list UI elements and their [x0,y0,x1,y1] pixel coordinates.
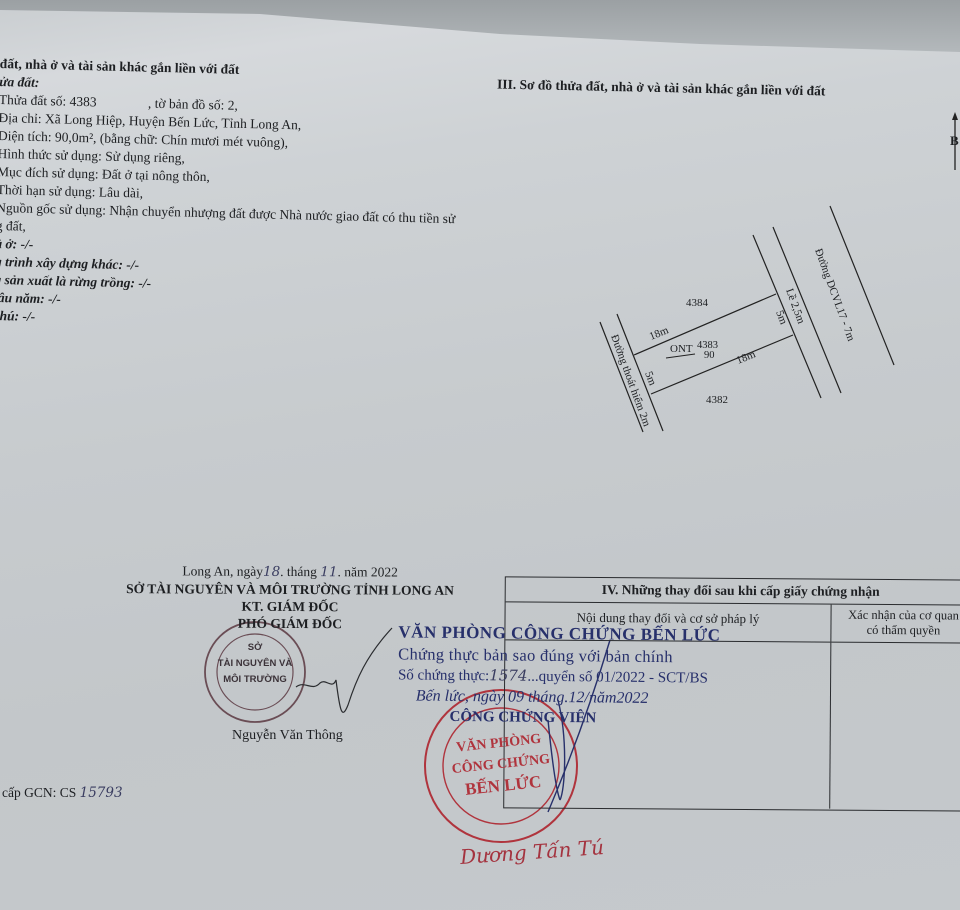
svg-text:4382: 4382 [706,394,728,406]
svg-text:4384: 4384 [686,297,709,309]
svg-text:18m: 18m [648,324,671,343]
north-label: B [950,133,959,148]
section4-title: IV. Những thay đổi sau khi cấp giấy chứn… [506,577,960,605]
official-signature [296,628,392,712]
signer-role-1: KT. GIÁM ĐỐC [110,597,470,616]
svg-text:ONT: ONT [670,343,693,355]
certificate-page: đất, nhà ở và tài sản khác gắn liền với … [0,0,960,910]
notary-role: CÔNG CHỨNG VIÊN [397,706,719,729]
issue-day: 18 [263,564,280,580]
notary-stamp-text: VĂN PHÒNG CÔNG CHỨNG BẾN LỨC [442,727,560,802]
notary-month: 12 [568,689,584,706]
authority-confirmation-column: Xác nhận của cơ quan có thẩm quyền [830,605,960,810]
notary-certification: VĂN PHÒNG CÔNG CHỨNG BẾN LỨC Chứng thực … [397,621,720,729]
notary-date-line: Bến lức, ngày 09 tháng.12/năm2022 [398,685,720,709]
issue-date: Long An, ngày18. tháng 11. năm 2022 [110,562,470,582]
notary-day: 09 [508,688,524,705]
seal-text: SỞ TÀI NGUYÊN VÀ MÔI TRƯỜNG [214,640,296,688]
notary-number: 1574 [489,666,527,684]
official-signer-name: Nguyễn Văn Thông [232,728,343,744]
issue-month: 11 [320,564,337,580]
svg-text:Đường DCVL17 - 7m: Đường DCVL17 - 7m [812,247,857,343]
issuing-agency: SỞ TÀI NGUYÊN VÀ MÔI TRƯỜNG TỈNH LONG AN [110,580,470,599]
svg-text:90: 90 [704,350,715,361]
gcn-handwritten-number: 15793 [80,785,123,801]
authority-confirmation-header: Xác nhận của cơ quan có thẩm quyền [831,605,960,644]
svg-text:5m: 5m [773,309,789,327]
gcn-number: cấp GCN: CS 15793 [2,785,123,801]
